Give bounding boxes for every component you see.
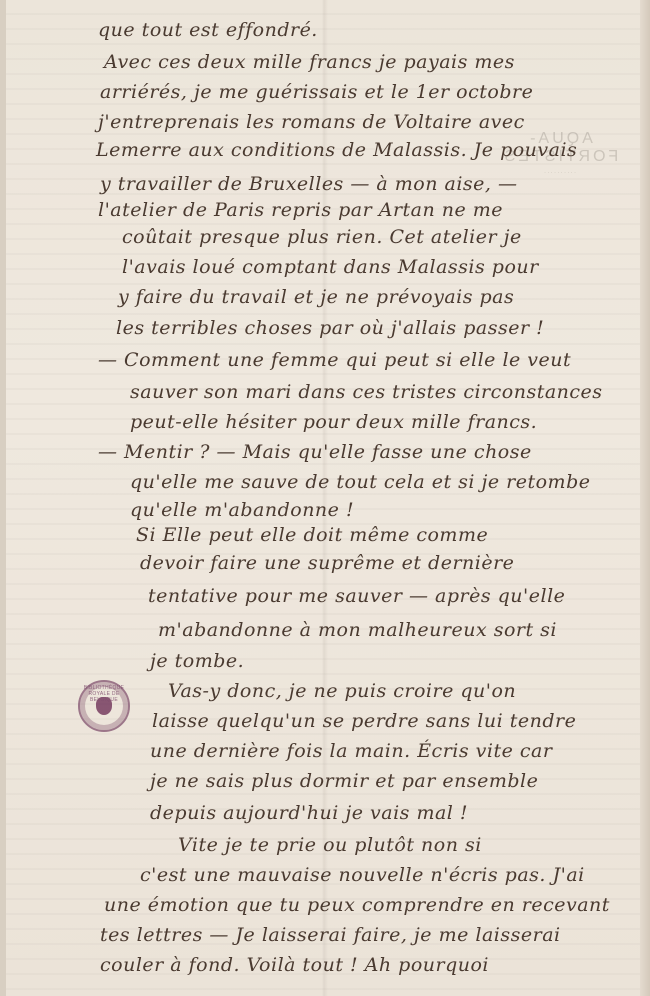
text-line: depuis aujourd'hui je vais mal !: [150, 802, 468, 824]
text-line: qu'elle me sauve de tout cela et si je r…: [130, 471, 590, 493]
text-line: — Comment une femme qui peut si elle le …: [98, 349, 571, 371]
text-line: l'atelier de Paris repris par Artan ne m…: [98, 199, 503, 221]
text-line: que tout est effondré.: [98, 19, 318, 41]
letter-page: AQUA-FORTISTES . . . . . . . . . . que t…: [0, 0, 650, 996]
text-line: — Mentir ? — Mais qu'elle fasse une chos…: [98, 441, 532, 463]
text-line: je tombe.: [150, 650, 244, 672]
text-line: c'est une mauvaise nouvelle n'écris pas.…: [140, 864, 585, 886]
text-line: couler à fond. Voilà tout ! Ah pourquoi: [100, 954, 489, 976]
text-line: y faire du travail et je ne prévoyais pa…: [118, 286, 514, 308]
text-line: l'avais loué comptant dans Malassis pour: [122, 256, 539, 278]
text-line: Si Elle peut elle doit même comme: [136, 524, 488, 546]
text-line: tentative pour me sauver — après qu'elle: [148, 585, 565, 607]
text-line: une émotion que tu peux comprendre en re…: [104, 894, 610, 916]
library-stamp: BIBLIOTHÈQUE ROYALE DE BELGIQUE: [78, 680, 130, 732]
paper-left-edge: [0, 0, 6, 996]
text-line: arriérés, je me guérissais et le 1er oct…: [100, 81, 533, 103]
text-line: m'abandonne à mon malheureux sort si: [158, 619, 557, 641]
text-line: tes lettres — Je laisserai faire, je me …: [100, 924, 561, 946]
text-line: les terribles choses par où j'allais pas…: [116, 317, 544, 339]
text-line: Avec ces deux mille francs je payais mes: [104, 51, 515, 73]
text-line: devoir faire une suprême et dernière: [140, 552, 514, 574]
text-line: Vite je te prie ou plutôt non si: [178, 834, 482, 856]
text-line: j'entreprenais les romans de Voltaire av…: [98, 111, 525, 133]
paper-right-edge: [640, 0, 650, 996]
text-line: y travailler de Bruxelles — à mon aise, …: [100, 173, 517, 195]
text-line: je ne sais plus dormir et par ensemble: [150, 770, 538, 792]
stamp-text: BIBLIOTHÈQUE ROYALE DE BELGIQUE: [80, 685, 128, 703]
text-line: laisse quelqu'un se perdre sans lui tend…: [152, 710, 576, 732]
text-line: qu'elle m'abandonne !: [130, 499, 354, 521]
text-line: sauver son mari dans ces tristes circons…: [130, 381, 603, 403]
bleed-through-subtext: . . . . . . . . . .: [500, 169, 620, 175]
text-line: Lemerre aux conditions de Malassis. Je p…: [96, 139, 577, 161]
text-line: coûtait presque plus rien. Cet atelier j…: [122, 226, 522, 248]
text-line: une dernière fois la main. Écris vite ca…: [150, 740, 552, 762]
text-line: Vas-y donc, je ne puis croire qu'on: [168, 680, 516, 702]
text-line: peut-elle hésiter pour deux mille francs…: [130, 411, 537, 433]
